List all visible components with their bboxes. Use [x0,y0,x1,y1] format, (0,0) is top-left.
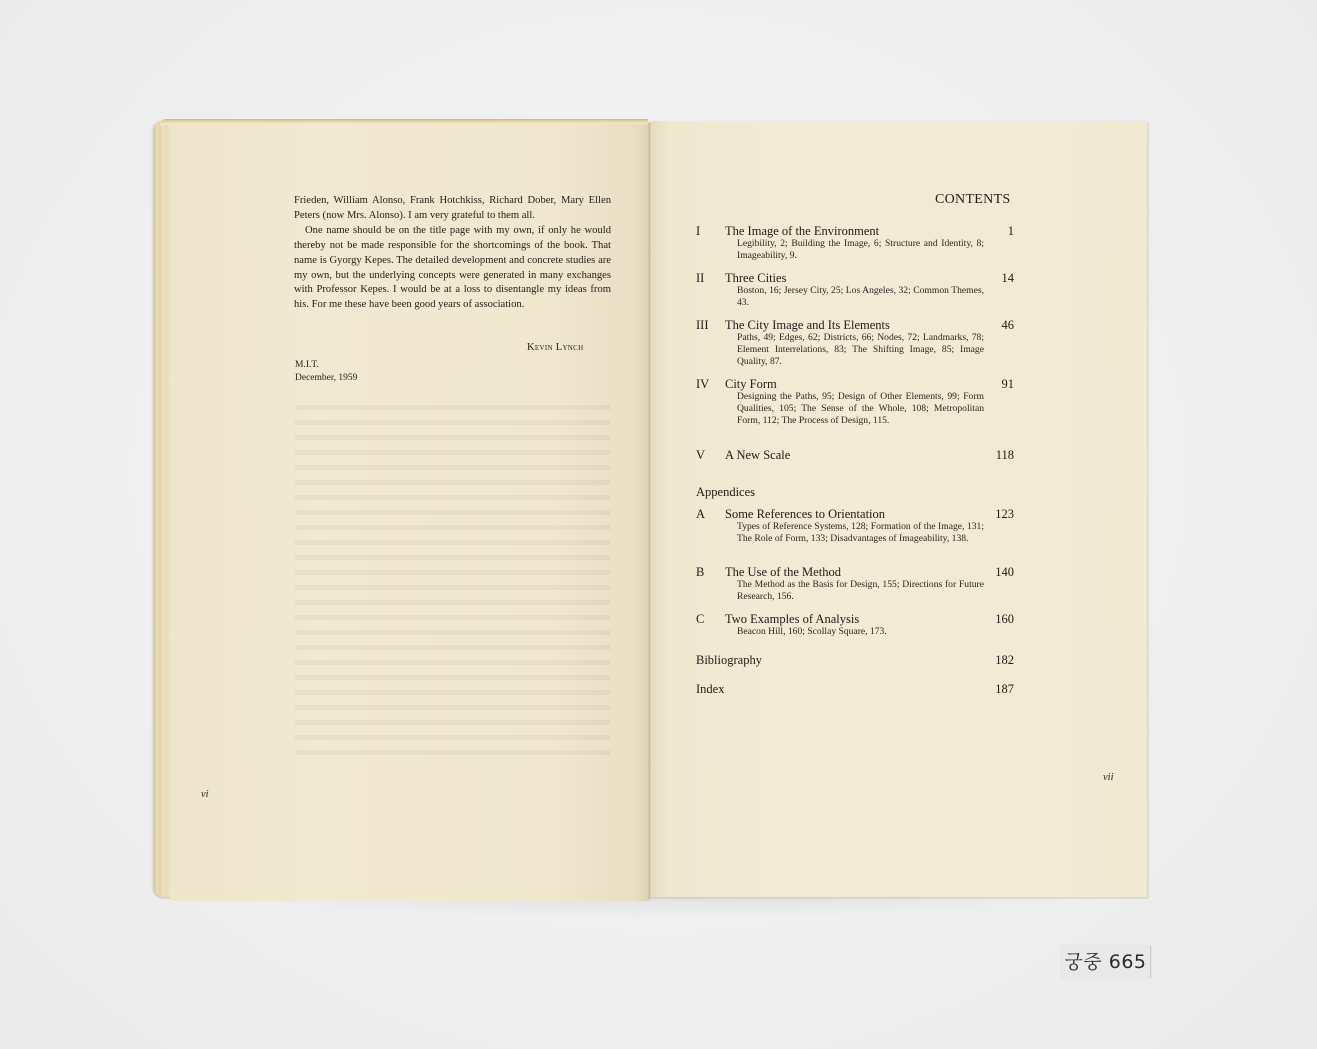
place: M.I.T. [295,359,357,372]
appendix-title: The Use of the Method [725,565,841,580]
chapter-page: 14 [1002,271,1015,286]
chapter-number: I [696,224,700,239]
chapter-subtopics: Designing the Paths, 95; Design of Other… [737,391,984,427]
date: December, 1959 [295,372,357,385]
chapter-number: III [696,318,709,333]
bibliography-page: 182 [995,653,1014,668]
page-number-left: vi [201,789,209,800]
toc-index: Index 187 [696,682,1016,697]
appendices-heading: Appendices [696,485,1016,500]
appendix-subtopics: The Method as the Basis for Design, 155;… [737,579,984,603]
book-gutter [648,123,651,899]
chapter-number: II [696,271,704,286]
appendix-page: 140 [995,565,1014,580]
index-page: 187 [995,682,1014,697]
catalog-label: 궁중 665 [1061,946,1151,978]
show-through-text [295,405,610,755]
index-title: Index [696,682,724,696]
chapter-page: 118 [996,448,1014,463]
chapter-subtopics: Legibility, 2; Building the Image, 6; St… [737,238,984,262]
appendix-title: Two Examples of Analysis [725,612,859,627]
appendix-letter: A [696,507,705,522]
chapter-page: 91 [1002,377,1015,392]
toc-bibliography: Bibliography 182 [696,653,1016,668]
chapter-title: A New Scale [725,448,790,463]
page-number-right: vii [1103,772,1114,783]
chapter-number: V [696,448,705,463]
chapter-subtopics: Boston, 16; Jersey City, 25; Los Angeles… [737,285,984,309]
chapter-title: City Form [725,377,777,392]
appendix-page: 160 [995,612,1014,627]
chapter-title: Three Cities [725,271,786,286]
ack-paragraph-1: Frieden, William Alonso, Frank Hotchkiss… [294,194,611,224]
chapter-subtopics: Paths, 49; Edges, 62; Districts, 66; Nod… [737,332,984,368]
chapter-page: 46 [1002,318,1015,333]
appendix-title: Some References to Orientation [725,507,885,522]
contents-heading: CONTENTS [935,192,1011,208]
chapter-page: 1 [1008,224,1014,239]
chapter-title: The City Image and Its Elements [725,318,890,333]
place-date: M.I.T. December, 1959 [295,359,357,385]
author-signature: Kevin Lynch [527,342,583,353]
acknowledgement-text: Frieden, William Alonso, Frank Hotchkiss… [294,194,611,313]
appendix-page: 123 [995,507,1014,522]
appendix-subtopics: Beacon Hill, 160; Scollay Square, 173. [737,626,984,638]
ack-paragraph-2: One name should be on the title page wit… [294,224,611,313]
appendix-letter: C [696,612,704,627]
chapter-title: The Image of the Environment [725,224,879,239]
chapter-number: IV [696,377,709,392]
bibliography-title: Bibliography [696,653,762,667]
appendix-subtopics: Types of Reference Systems, 128; Formati… [737,521,984,545]
appendix-letter: B [696,565,704,580]
